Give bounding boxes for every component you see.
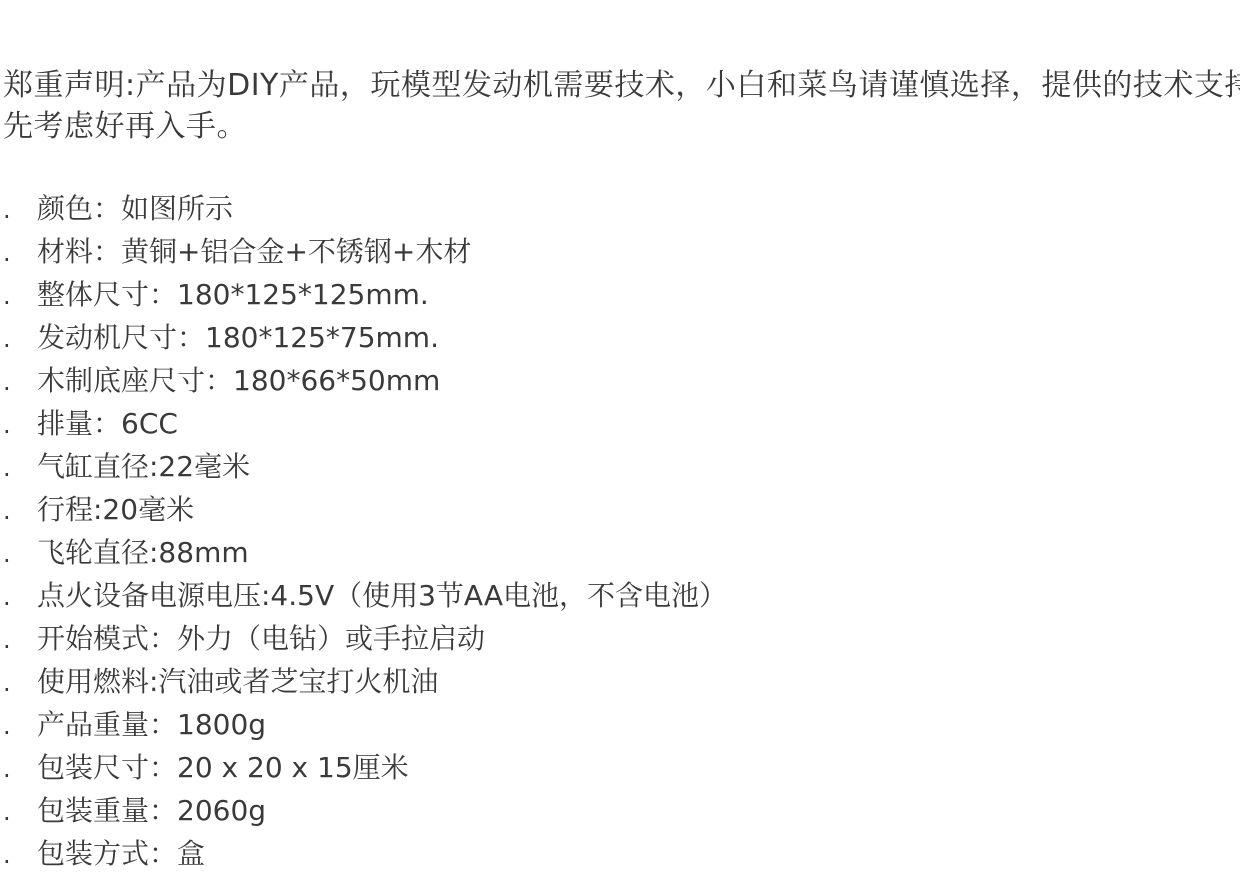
- spec-item: .开始模式：外力（电钻）或手拉启动: [3, 618, 1232, 661]
- spec-text: 飞轮直径:88mm: [37, 532, 249, 574]
- spec-item: .点火设备电源电压:4.5V（使用3节AA电池，不含电池）: [3, 575, 1232, 618]
- spec-bullet: .: [3, 662, 37, 704]
- spec-bullet: .: [3, 232, 37, 274]
- spec-item: .颜色：如图所示: [3, 188, 1232, 231]
- spec-item: .排量：6CC: [3, 403, 1232, 446]
- spec-item: .材料：黄铜+铝合金+不锈钢+木材: [3, 231, 1232, 274]
- spec-bullet: .: [3, 490, 37, 532]
- product-disclaimer: 郑重声明:产品为DIY产品，玩模型发动机需要技术，小白和菜鸟请谨慎选择，提供的技…: [3, 65, 1232, 147]
- spec-item: .使用燃料:汽油或者芝宝打火机油: [3, 661, 1232, 704]
- spec-item: .包装尺寸：20 x 20 x 15厘米: [3, 747, 1232, 790]
- spec-text: 气缸直径:22毫米: [37, 446, 250, 488]
- spec-item: .包装方式：盒: [3, 833, 1232, 876]
- spec-bullet: .: [3, 189, 37, 231]
- spec-text: 材料：黄铜+铝合金+不锈钢+木材: [37, 231, 471, 273]
- spec-list: .颜色：如图所示.材料：黄铜+铝合金+不锈钢+木材.整体尺寸：180*125*1…: [3, 188, 1232, 876]
- spec-bullet: .: [3, 748, 37, 790]
- spec-bullet: .: [3, 447, 37, 489]
- spec-bullet: .: [3, 404, 37, 446]
- spec-bullet: .: [3, 619, 37, 661]
- spec-text: 行程:20毫米: [37, 489, 194, 531]
- product-description-page: 郑重声明:产品为DIY产品，玩模型发动机需要技术，小白和菜鸟请谨慎选择，提供的技…: [0, 0, 1240, 880]
- spec-item: .木制底座尺寸：180*66*50mm: [3, 360, 1232, 403]
- spec-text: 排量：6CC: [37, 403, 178, 445]
- spec-item: .产品重量：1800g: [3, 704, 1232, 747]
- spec-text: 开始模式：外力（电钻）或手拉启动: [37, 618, 485, 660]
- spec-bullet: .: [3, 576, 37, 618]
- spec-item: .发动机尺寸：180*125*75mm.: [3, 317, 1232, 360]
- spec-bullet: .: [3, 275, 37, 317]
- spec-bullet: .: [3, 361, 37, 403]
- disclaimer-line-1: 郑重声明:产品为DIY产品，玩模型发动机需要技术，小白和菜鸟请谨慎选择，提供的技…: [3, 65, 1232, 106]
- spec-bullet: .: [3, 834, 37, 876]
- spec-bullet: .: [3, 318, 37, 360]
- spec-item: .整体尺寸：180*125*125mm.: [3, 274, 1232, 317]
- spec-bullet: .: [3, 533, 37, 575]
- spec-item: .包装重量：2060g: [3, 790, 1232, 833]
- spec-text: 发动机尺寸：180*125*75mm.: [37, 317, 439, 359]
- spec-text: 木制底座尺寸：180*66*50mm: [37, 360, 440, 402]
- spec-item: .行程:20毫米: [3, 489, 1232, 532]
- spec-text: 使用燃料:汽油或者芝宝打火机油: [37, 661, 438, 703]
- spec-text: 整体尺寸：180*125*125mm.: [37, 274, 429, 316]
- spec-bullet: .: [3, 791, 37, 833]
- spec-text: 点火设备电源电压:4.5V（使用3节AA电池，不含电池）: [37, 575, 727, 617]
- spec-text: 包装重量：2060g: [37, 790, 266, 832]
- disclaimer-line-2: 先考虑好再入手。: [3, 106, 1232, 147]
- spec-text: 颜色：如图所示: [37, 188, 233, 230]
- spec-text: 包装尺寸：20 x 20 x 15厘米: [37, 747, 409, 789]
- spec-item: .飞轮直径:88mm: [3, 532, 1232, 575]
- spec-text: 包装方式：盒: [37, 833, 205, 875]
- spec-text: 产品重量：1800g: [37, 704, 266, 746]
- spec-bullet: .: [3, 705, 37, 747]
- spec-item: .气缸直径:22毫米: [3, 446, 1232, 489]
